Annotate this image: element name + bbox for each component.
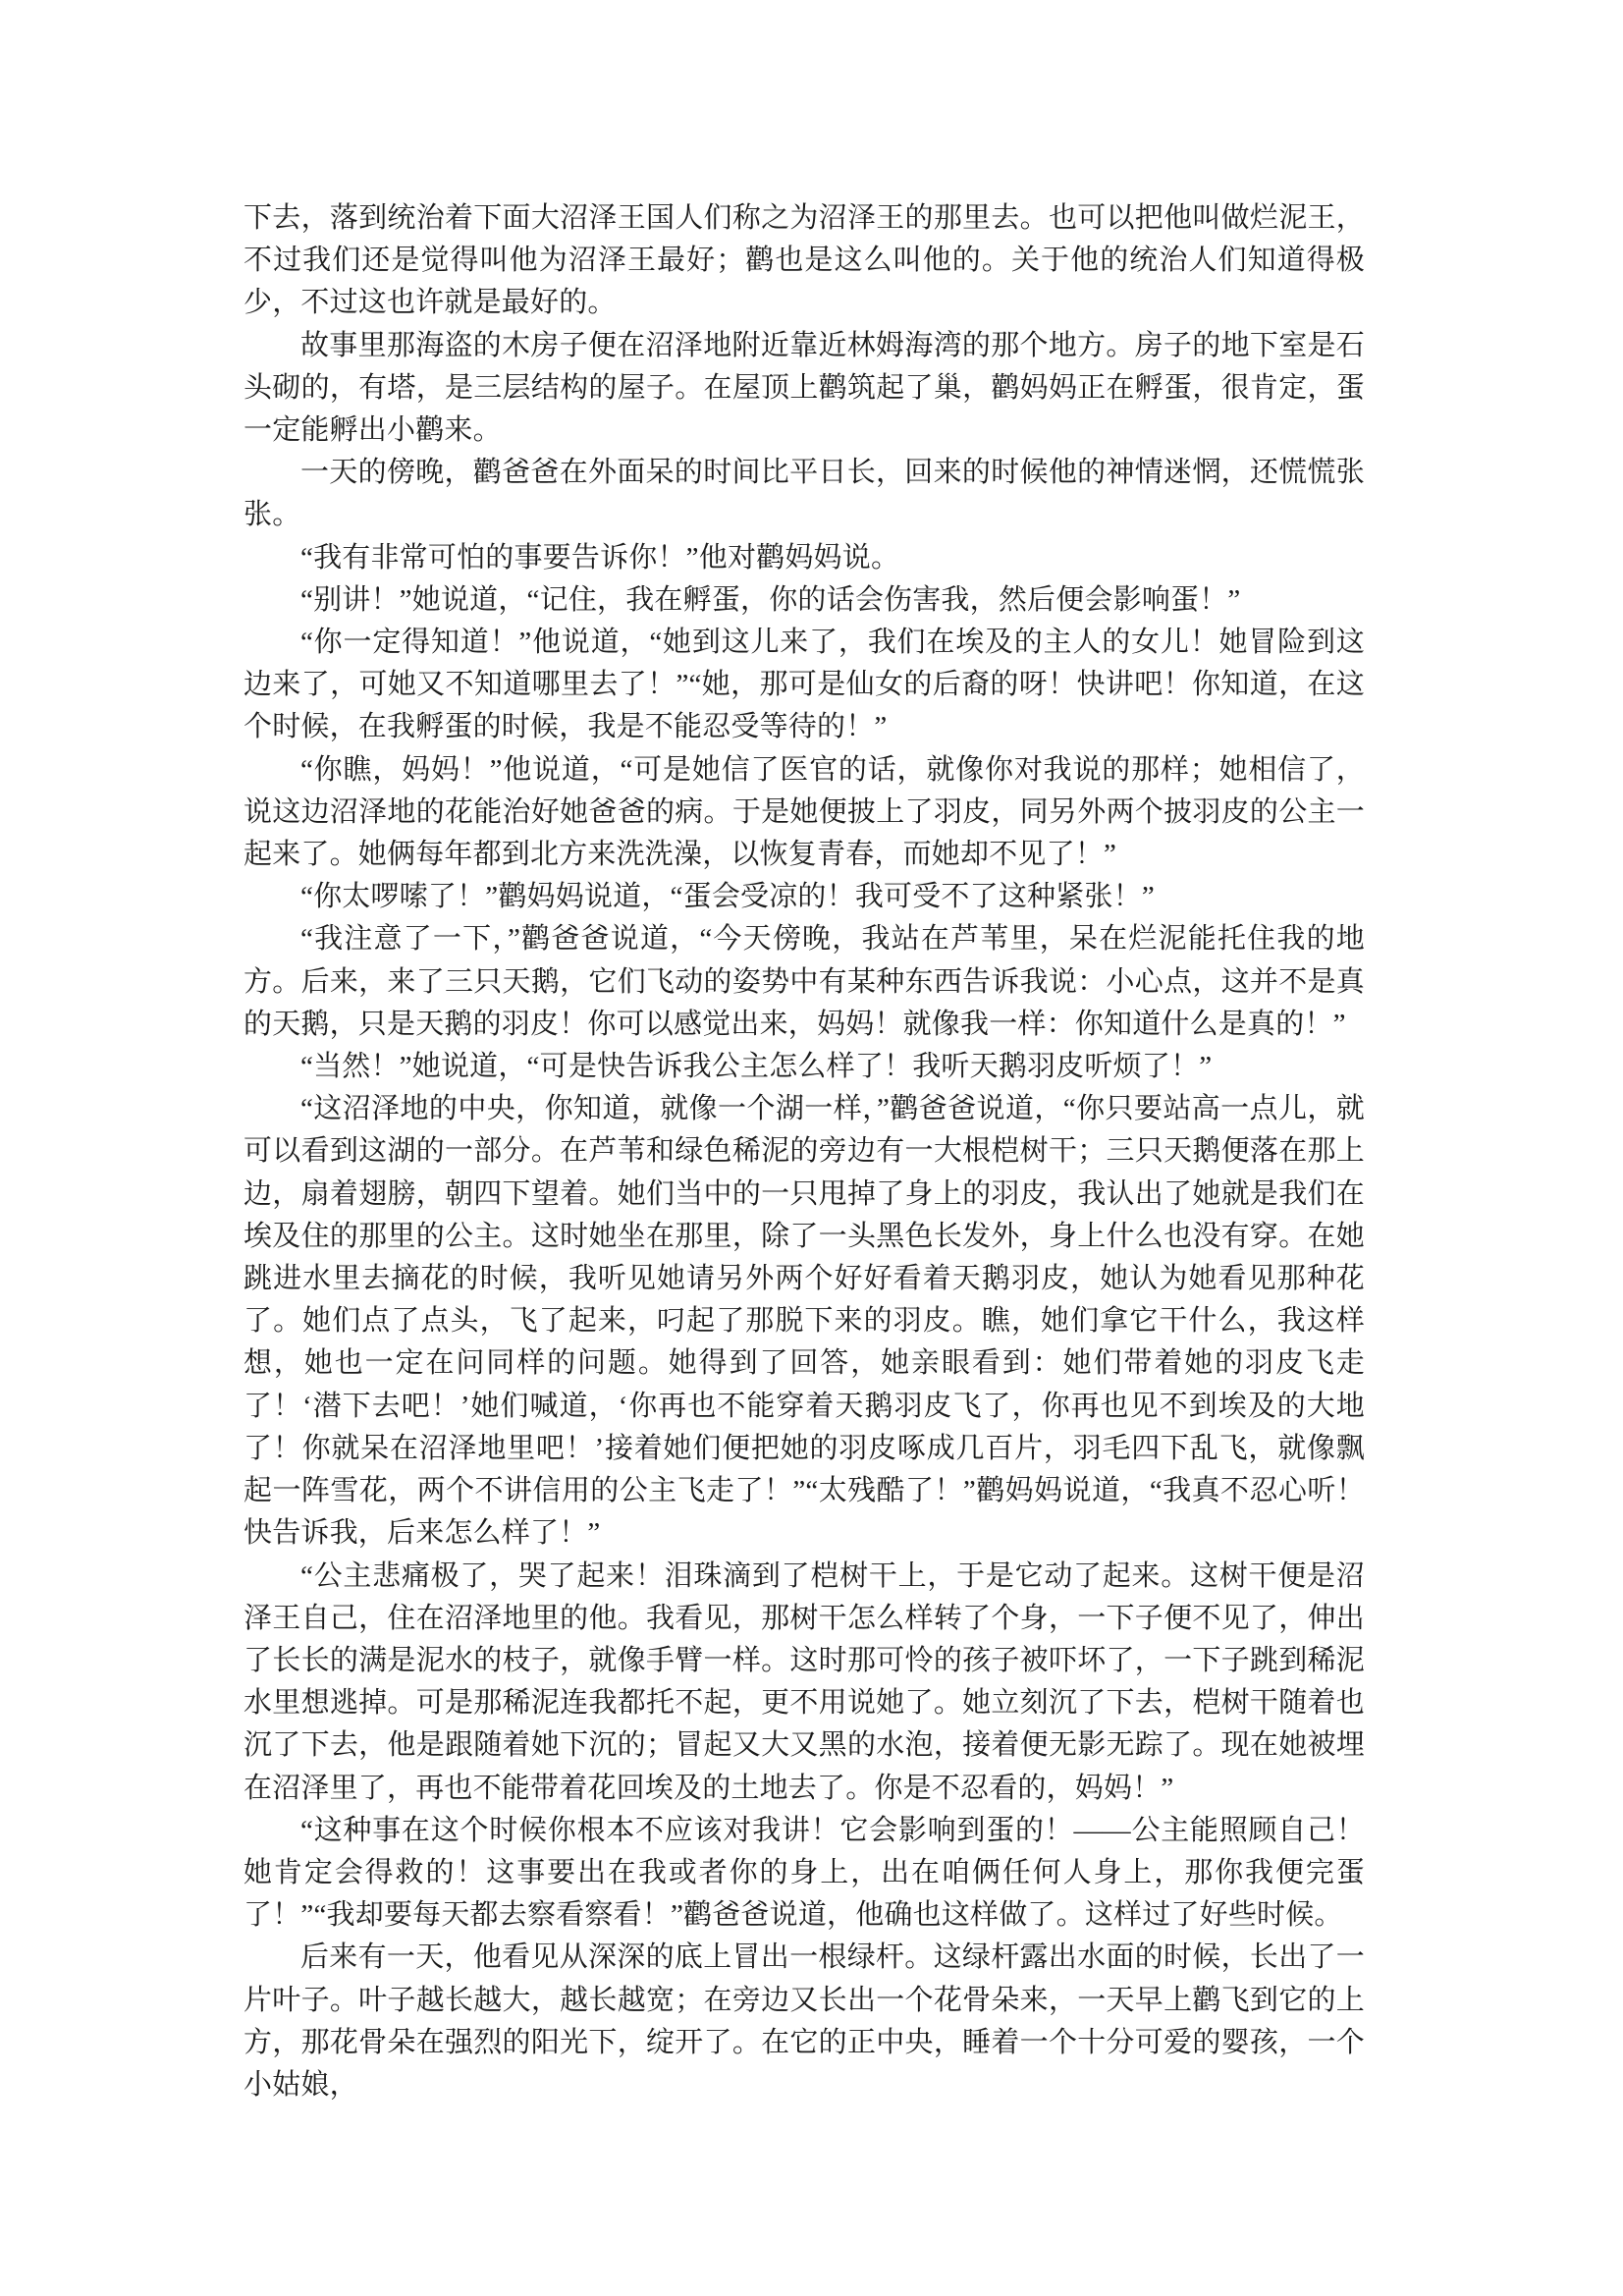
paragraph: 后来有一天，他看见从深深的底上冒出一根绿杆。这绿杆露出水面的时候，长出了一片叶子… [243, 1937, 1365, 2106]
paragraph: “你瞧，妈妈！”他说道，“可是她信了医官的话，就像你对我说的那样；她相信了，说这… [243, 749, 1365, 877]
paragraph: “当然！”她说道，“可是快告诉我公主怎么样了！我听天鹅羽皮听烦了！” [243, 1046, 1365, 1088]
paragraph: “我注意了一下，”鹳爸爸说道，“今天傍晚，我站在芦苇里，呆在烂泥能托住我的地方。… [243, 918, 1365, 1046]
paragraph: 故事里那海盗的木房子便在沼泽地附近靠近林姆海湾的那个地方。房子的地下室是石头砌的… [243, 325, 1365, 453]
document-page: 下去，落到统治着下面大沼泽王国人们称之为沼泽王的那里去。也可以把他叫做烂泥王，不… [0, 0, 1623, 2296]
paragraph: “我有非常可怕的事要告诉你！”他对鹳妈妈说。 [243, 537, 1365, 579]
paragraph: 一天的傍晚，鹳爸爸在外面呆的时间比平日长，回来的时候他的神情迷惘，还慌慌张张。 [243, 452, 1365, 536]
paragraph: “你太啰嗦了！”鹳妈妈说道，“蛋会受凉的！我可受不了这种紧张！” [243, 876, 1365, 918]
paragraph: “你一定得知道！”他说道，“她到这儿来了，我们在埃及的主人的女儿！她冒险到这边来… [243, 622, 1365, 749]
paragraph: 下去，落到统治着下面大沼泽王国人们称之为沼泽王的那里去。也可以把他叫做烂泥王，不… [243, 197, 1365, 325]
paragraph: “这种事在这个时候你根本不应该对我讲！它会影响到蛋的！——公主能照顾自己！她肯定… [243, 1810, 1365, 1938]
paragraph: “这沼泽地的中央，你知道，就像一个湖一样，”鹳爸爸说道，“你只要站高一点儿，就可… [243, 1088, 1365, 1555]
paragraph: “公主悲痛极了，哭了起来！泪珠滴到了桤树干上，于是它动了起来。这树干便是沼泽王自… [243, 1556, 1365, 1810]
paragraph: “别讲！”她说道，“记住，我在孵蛋，你的话会伤害我，然后便会影响蛋！” [243, 579, 1365, 622]
story-text-block: 下去，落到统治着下面大沼泽王国人们称之为沼泽王的那里去。也可以把他叫做烂泥王，不… [243, 197, 1365, 2106]
